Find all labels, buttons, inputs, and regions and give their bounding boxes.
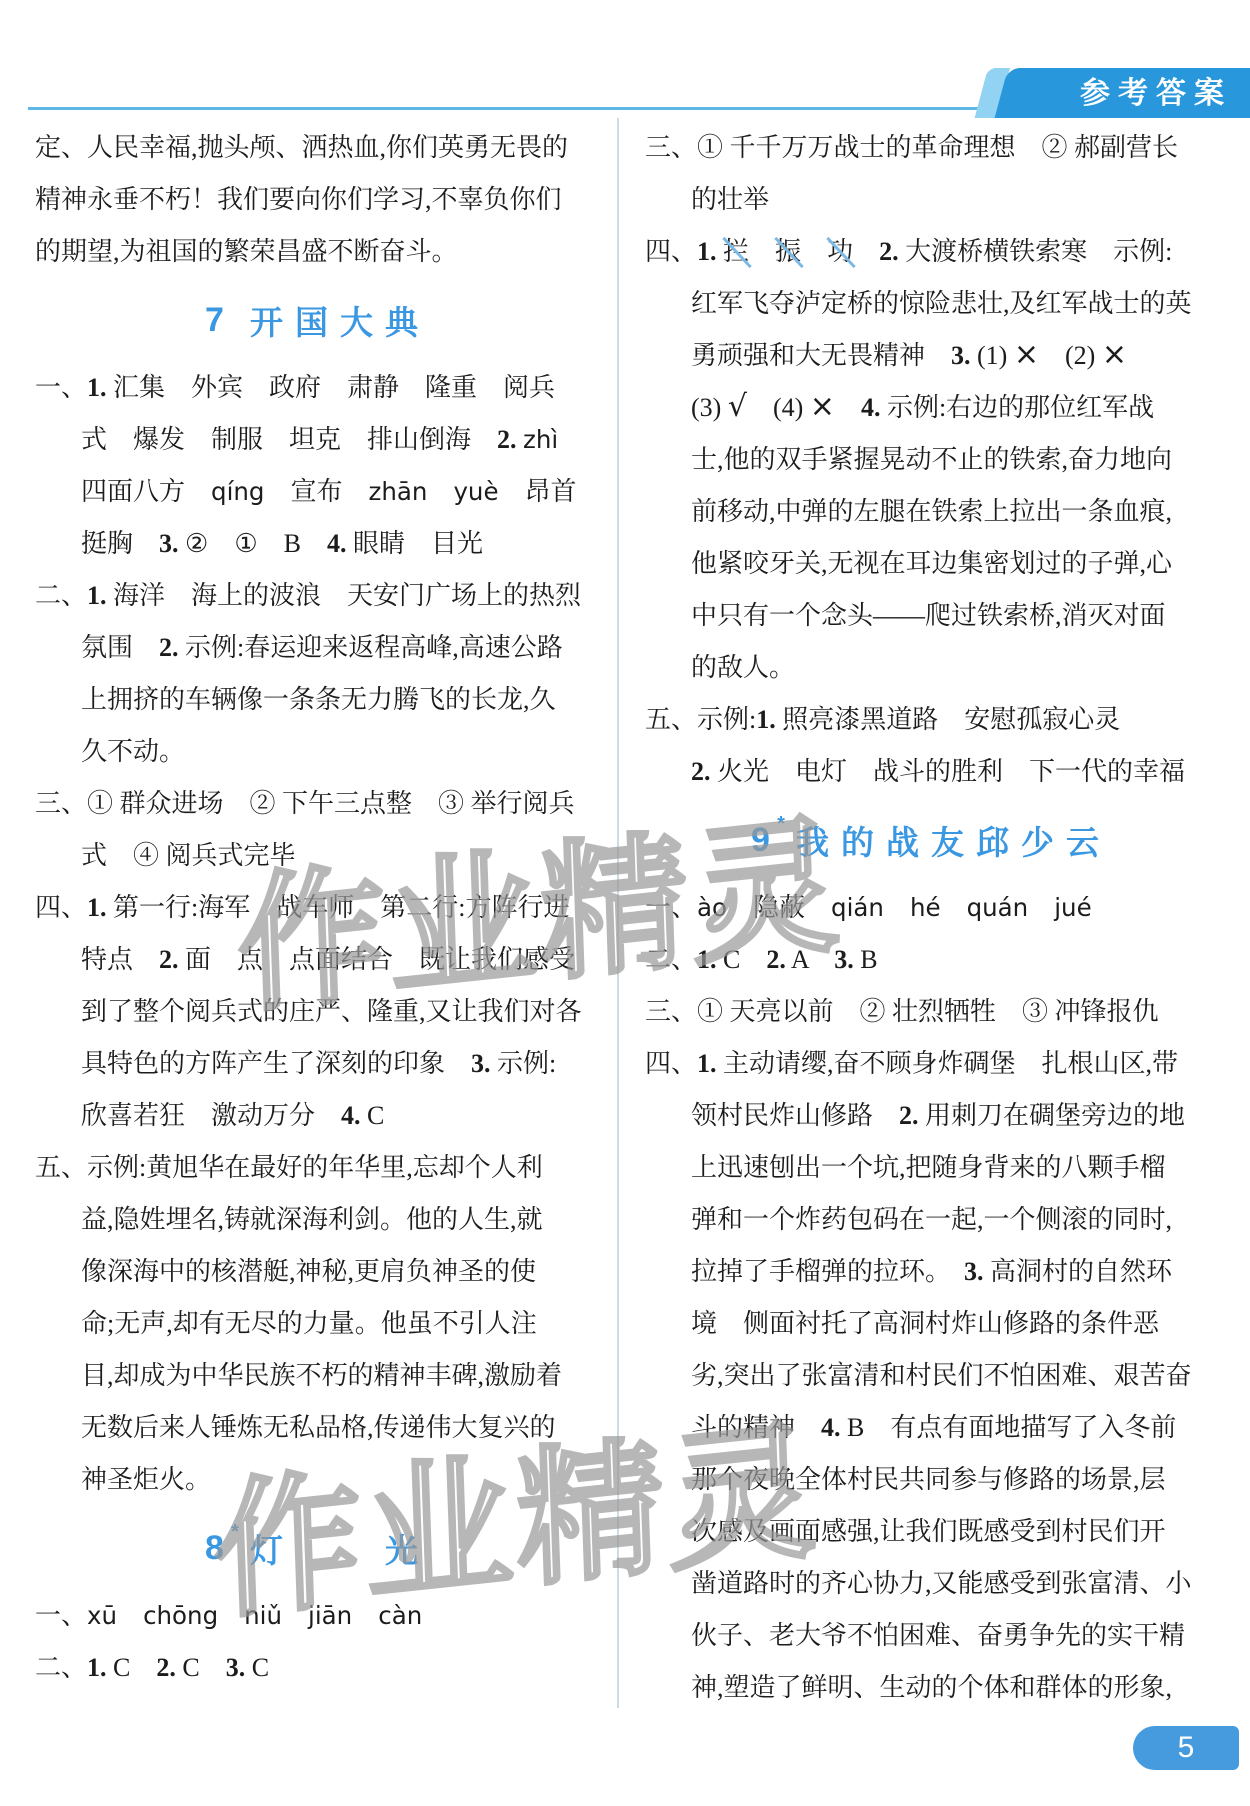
answer-line: 中只有一个念头——爬过铁索桥,消灭对面 bbox=[645, 590, 1217, 642]
answer-line: 式 爆发 制服 坦克 排山倒海 2. zhì bbox=[35, 414, 600, 466]
answer-line: 式 ④ 阅兵式完毕 bbox=[35, 830, 600, 882]
answer-line: 五、示例:黄旭华在最好的年华里,忘却个人利 bbox=[35, 1142, 600, 1194]
answer-line: 三、① 群众进场 ② 下午三点整 ③ 举行阅兵 bbox=[35, 778, 600, 830]
answer-line: 士,他的双手紧握晃动不止的铁索,奋力地向 bbox=[645, 434, 1217, 486]
heading-number: 8* bbox=[205, 1529, 224, 1568]
section-heading: 8*灯 光 bbox=[35, 1506, 600, 1590]
ribbon-label: 参考答案 bbox=[1080, 68, 1232, 118]
pinyin-text: niǔ bbox=[244, 1601, 282, 1630]
answer-line: 的期望,为祖国的繁荣昌盛不断奋斗。 bbox=[35, 226, 600, 278]
heading-star: * bbox=[231, 1521, 239, 1544]
answer-line: 红军飞夺泸定桥的惊险悲壮,及红军战士的英 bbox=[645, 278, 1217, 330]
answer-line: 凿道路时的齐心协力,又能感受到张富清、小 bbox=[645, 1558, 1217, 1610]
answer-line: 伙子、老大爷不怕困难、奋勇争先的实干精 bbox=[645, 1610, 1217, 1662]
answer-line: 勇顽强和大无畏精神 3. (1) × (2) × bbox=[645, 330, 1217, 382]
pinyin-text: quán bbox=[967, 893, 1029, 922]
answer-line: 具特色的方阵产生了深刻的印象 3. 示例: bbox=[35, 1038, 600, 1090]
page-number: 5 bbox=[1178, 1731, 1195, 1764]
answer-line: 神,塑造了鲜明、生动的个体和群体的形象, bbox=[645, 1662, 1217, 1714]
answer-line: 领村民炸山修路 2. 用刺刀在碉堡旁边的地 bbox=[645, 1090, 1217, 1142]
answer-line: 命;无声,却有无尽的力量。他虽不引人注 bbox=[35, 1298, 600, 1350]
judge-mark: × bbox=[1014, 337, 1039, 372]
answer-line: 益,隐姓埋名,铸就深海利剑。他的人生,就 bbox=[35, 1194, 600, 1246]
answer-line: 上迅速刨出一个坑,把随身背来的八颗手榴 bbox=[645, 1142, 1217, 1194]
answer-line: 劣,突出了张富清和村民们不怕困难、艰苦奋 bbox=[645, 1350, 1217, 1402]
crossed-out-character: 振 bbox=[775, 226, 801, 278]
heading-number: 7 bbox=[205, 301, 224, 340]
answer-line: 挺胸 3. ② ① B 4. 眼睛 目光 bbox=[35, 518, 600, 570]
answer-line: 三、① 千千万万战士的革命理想 ② 郝副营长 bbox=[645, 122, 1217, 174]
pinyin-text: jué bbox=[1054, 893, 1091, 922]
judge-mark: × bbox=[810, 389, 835, 424]
answer-line: 定、人民幸福,抛头颅、洒热血,你们英勇无畏的 bbox=[35, 122, 600, 174]
answer-line: 神圣炬火。 bbox=[35, 1454, 600, 1506]
pinyin-text: chōng bbox=[143, 1601, 218, 1630]
answer-line: 四面八方 qíng 宣布 zhān yuè 昂首 bbox=[35, 466, 600, 518]
page-number-badge: 5 bbox=[1133, 1726, 1239, 1770]
pinyin-text: jiān bbox=[308, 1601, 352, 1630]
heading-title: 灯 光 bbox=[250, 1525, 430, 1572]
judge-mark: × bbox=[1102, 337, 1127, 372]
pinyin-text: zhān bbox=[368, 477, 427, 506]
answer-line: 他紧咬牙关,无视在耳边集密划过的子弹,心 bbox=[645, 538, 1217, 590]
crossed-out-character: 功 bbox=[827, 226, 853, 278]
answer-line: 2. 火光 电灯 战斗的胜利 下一代的幸福 bbox=[645, 746, 1217, 798]
answer-line: 精神永垂不朽！我们要向你们学习,不辜负你们 bbox=[35, 174, 600, 226]
answer-line: 一、xū chōng niǔ jiān càn bbox=[35, 1590, 600, 1642]
answer-line: 氛围 2. 示例:春运迎来返程高峰,高速公路 bbox=[35, 622, 600, 674]
answer-line: 四、1. 主动请缨,奋不顾身炸碉堡 扎根山区,带 bbox=[645, 1038, 1217, 1090]
answer-line: 弹和一个炸药包码在一起,一个侧滚的同时, bbox=[645, 1194, 1217, 1246]
crossed-out-character: 拦 bbox=[723, 226, 749, 278]
answer-line: 一、ào 隐蔽 qián hé quán jué bbox=[645, 882, 1217, 934]
heading-title: 我的战友邱少云 bbox=[796, 817, 1111, 864]
answer-line: 欣喜若狂 激动万分 4. C bbox=[35, 1090, 600, 1142]
answer-line: 三、① 天亮以前 ② 壮烈牺牲 ③ 冲锋报仇 bbox=[645, 986, 1217, 1038]
heading-number: 9* bbox=[751, 821, 770, 860]
answer-line: 四、1. 拦 振 功 2. 大渡桥横铁索寒 示例: bbox=[645, 226, 1217, 278]
answer-line: 一、1. 汇集 外宾 政府 肃静 隆重 阅兵 bbox=[35, 362, 600, 414]
answer-line: 目,却成为中华民族不朽的精神丰碑,激励着 bbox=[35, 1350, 600, 1402]
answer-line: 境 侧面衬托了高洞村炸山修路的条件恶 bbox=[645, 1298, 1217, 1350]
answer-key-page: 参考答案 作业精灵 作业精灵 定、人民幸福,抛头颅、洒热血,你们英勇无畏的精神永… bbox=[0, 0, 1250, 1806]
answer-line: 无数后来人锤炼无私品格,传递伟大复兴的 bbox=[35, 1402, 600, 1454]
answer-line: 的壮举 bbox=[645, 174, 1217, 226]
column-divider bbox=[617, 118, 619, 1708]
answer-line: 那个夜晚全体村民共同参与修路的场景,层 bbox=[645, 1454, 1217, 1506]
answer-line: 五、示例:1. 照亮漆黑道路 安慰孤寂心灵 bbox=[645, 694, 1217, 746]
pinyin-text: zhì bbox=[523, 425, 558, 454]
answer-line: 上拥挤的车辆像一条条无力腾飞的长龙,久 bbox=[35, 674, 600, 726]
answer-key-ribbon: 参考答案 bbox=[988, 68, 1250, 118]
answer-line: 特点 2. 面 点 点面结合 既让我们感受 bbox=[35, 934, 600, 986]
pinyin-text: qián bbox=[831, 893, 884, 922]
pinyin-text: qíng bbox=[211, 477, 264, 506]
pinyin-text: ào bbox=[697, 893, 727, 922]
column-right: 三、① 千千万万战士的革命理想 ② 郝副营长的壮举四、1. 拦 振 功 2. 大… bbox=[645, 122, 1217, 1714]
answer-line: 次感及画面感强,让我们既感受到村民们开 bbox=[645, 1506, 1217, 1558]
answer-line: 拉掉了手榴弹的拉环。 3. 高洞村的自然环 bbox=[645, 1246, 1217, 1298]
heading-title: 开国大典 bbox=[250, 297, 430, 344]
pinyin-text: yuè bbox=[453, 477, 498, 506]
pinyin-text: càn bbox=[378, 1601, 422, 1630]
answer-line: 久不动。 bbox=[35, 726, 600, 778]
answer-line: 的敌人。 bbox=[645, 642, 1217, 694]
section-heading: 9*我的战友邱少云 bbox=[645, 798, 1217, 882]
pinyin-text: xū bbox=[87, 1601, 117, 1630]
answer-line: 斗的精神 4. B 有点有面地描写了入冬前 bbox=[645, 1402, 1217, 1454]
column-left: 定、人民幸福,抛头颅、洒热血,你们英勇无畏的精神永垂不朽！我们要向你们学习,不辜… bbox=[35, 122, 600, 1694]
answer-line: 二、1. 海洋 海上的波浪 天安门广场上的热烈 bbox=[35, 570, 600, 622]
judge-mark: √ bbox=[728, 389, 747, 424]
answer-line: 二、1. C 2. A 3. B bbox=[645, 934, 1217, 986]
answer-line: 像深海中的核潜艇,神秘,更肩负神圣的使 bbox=[35, 1246, 600, 1298]
section-heading: 7开国大典 bbox=[35, 278, 600, 362]
answer-line: (3) √ (4) × 4. 示例:右边的那位红军战 bbox=[645, 382, 1217, 434]
answer-line: 四、1. 第一行:海军 战车师 第二行:方阵行进 bbox=[35, 882, 600, 934]
pinyin-text: hé bbox=[910, 893, 941, 922]
heading-star: * bbox=[777, 813, 785, 836]
answer-line: 前移动,中弹的左腿在铁索上拉出一条血痕, bbox=[645, 486, 1217, 538]
answer-line: 二、1. C 2. C 3. C bbox=[35, 1642, 600, 1694]
answer-line: 到了整个阅兵式的庄严、隆重,又让我们对各 bbox=[35, 986, 600, 1038]
